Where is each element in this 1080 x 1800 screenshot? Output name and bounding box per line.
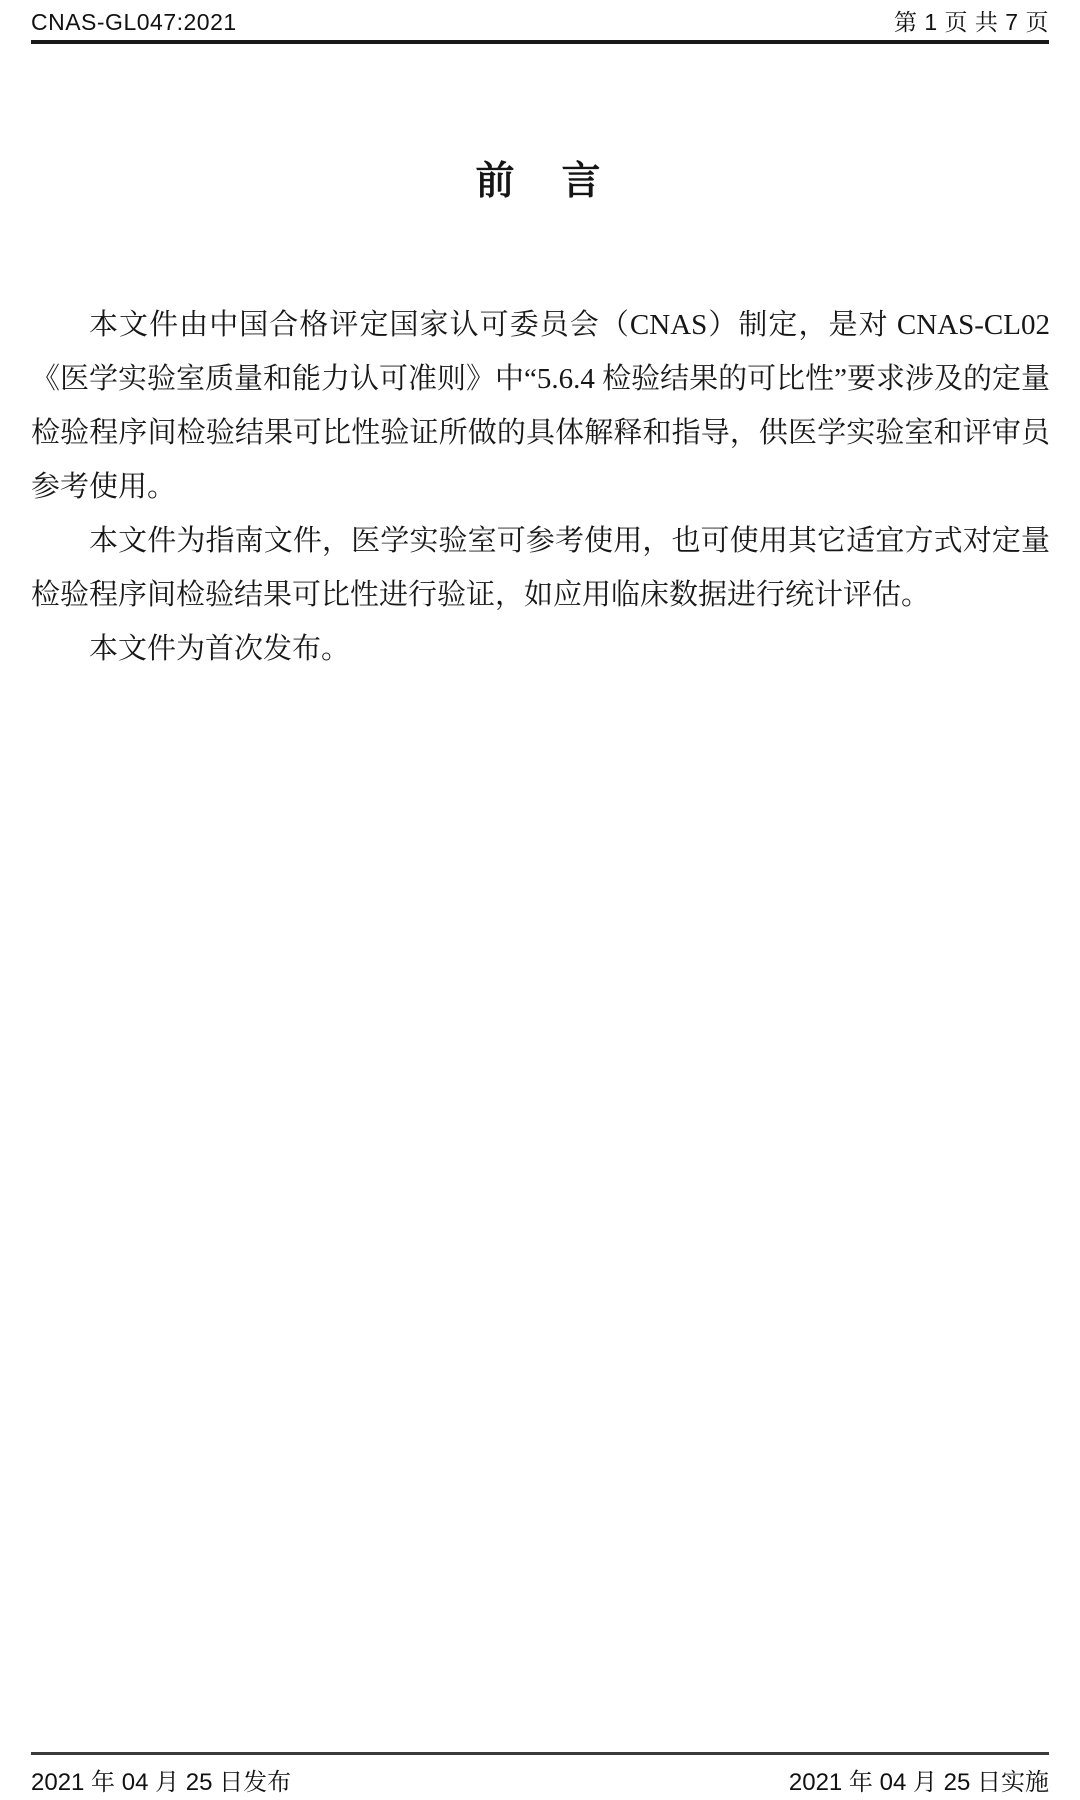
page-footer: 2021 年 04 月 25 日发布 2021 年 04 月 25 日实施	[31, 1762, 1049, 1797]
release-date: 2021 年 04 月 25 日发布	[31, 1762, 291, 1797]
body-paragraph: 本文件为首次发布。	[31, 622, 1050, 676]
document-number: CNAS-GL047:2021	[31, 7, 237, 37]
body-paragraph: 本文件为指南文件，医学实验室可参考使用，也可使用其它适宜方式对定量检验程序间检验…	[31, 514, 1050, 622]
document-page: CNAS-GL047:2021 第 1 页 共 7 页 前 言 本文件由中国合格…	[0, 0, 1080, 1800]
page-title: 前 言	[0, 150, 1080, 206]
body-paragraph: 本文件由中国合格评定国家认可委员会（CNAS）制定，是对 CNAS-CL02《医…	[31, 298, 1050, 514]
page-number-indicator: 第 1 页 共 7 页	[894, 7, 1049, 37]
footer-divider	[31, 1752, 1049, 1755]
implementation-date: 2021 年 04 月 25 日实施	[789, 1762, 1049, 1797]
page-header: CNAS-GL047:2021 第 1 页 共 7 页	[31, 4, 1049, 44]
document-body: 本文件由中国合格评定国家认可委员会（CNAS）制定，是对 CNAS-CL02《医…	[31, 298, 1050, 676]
